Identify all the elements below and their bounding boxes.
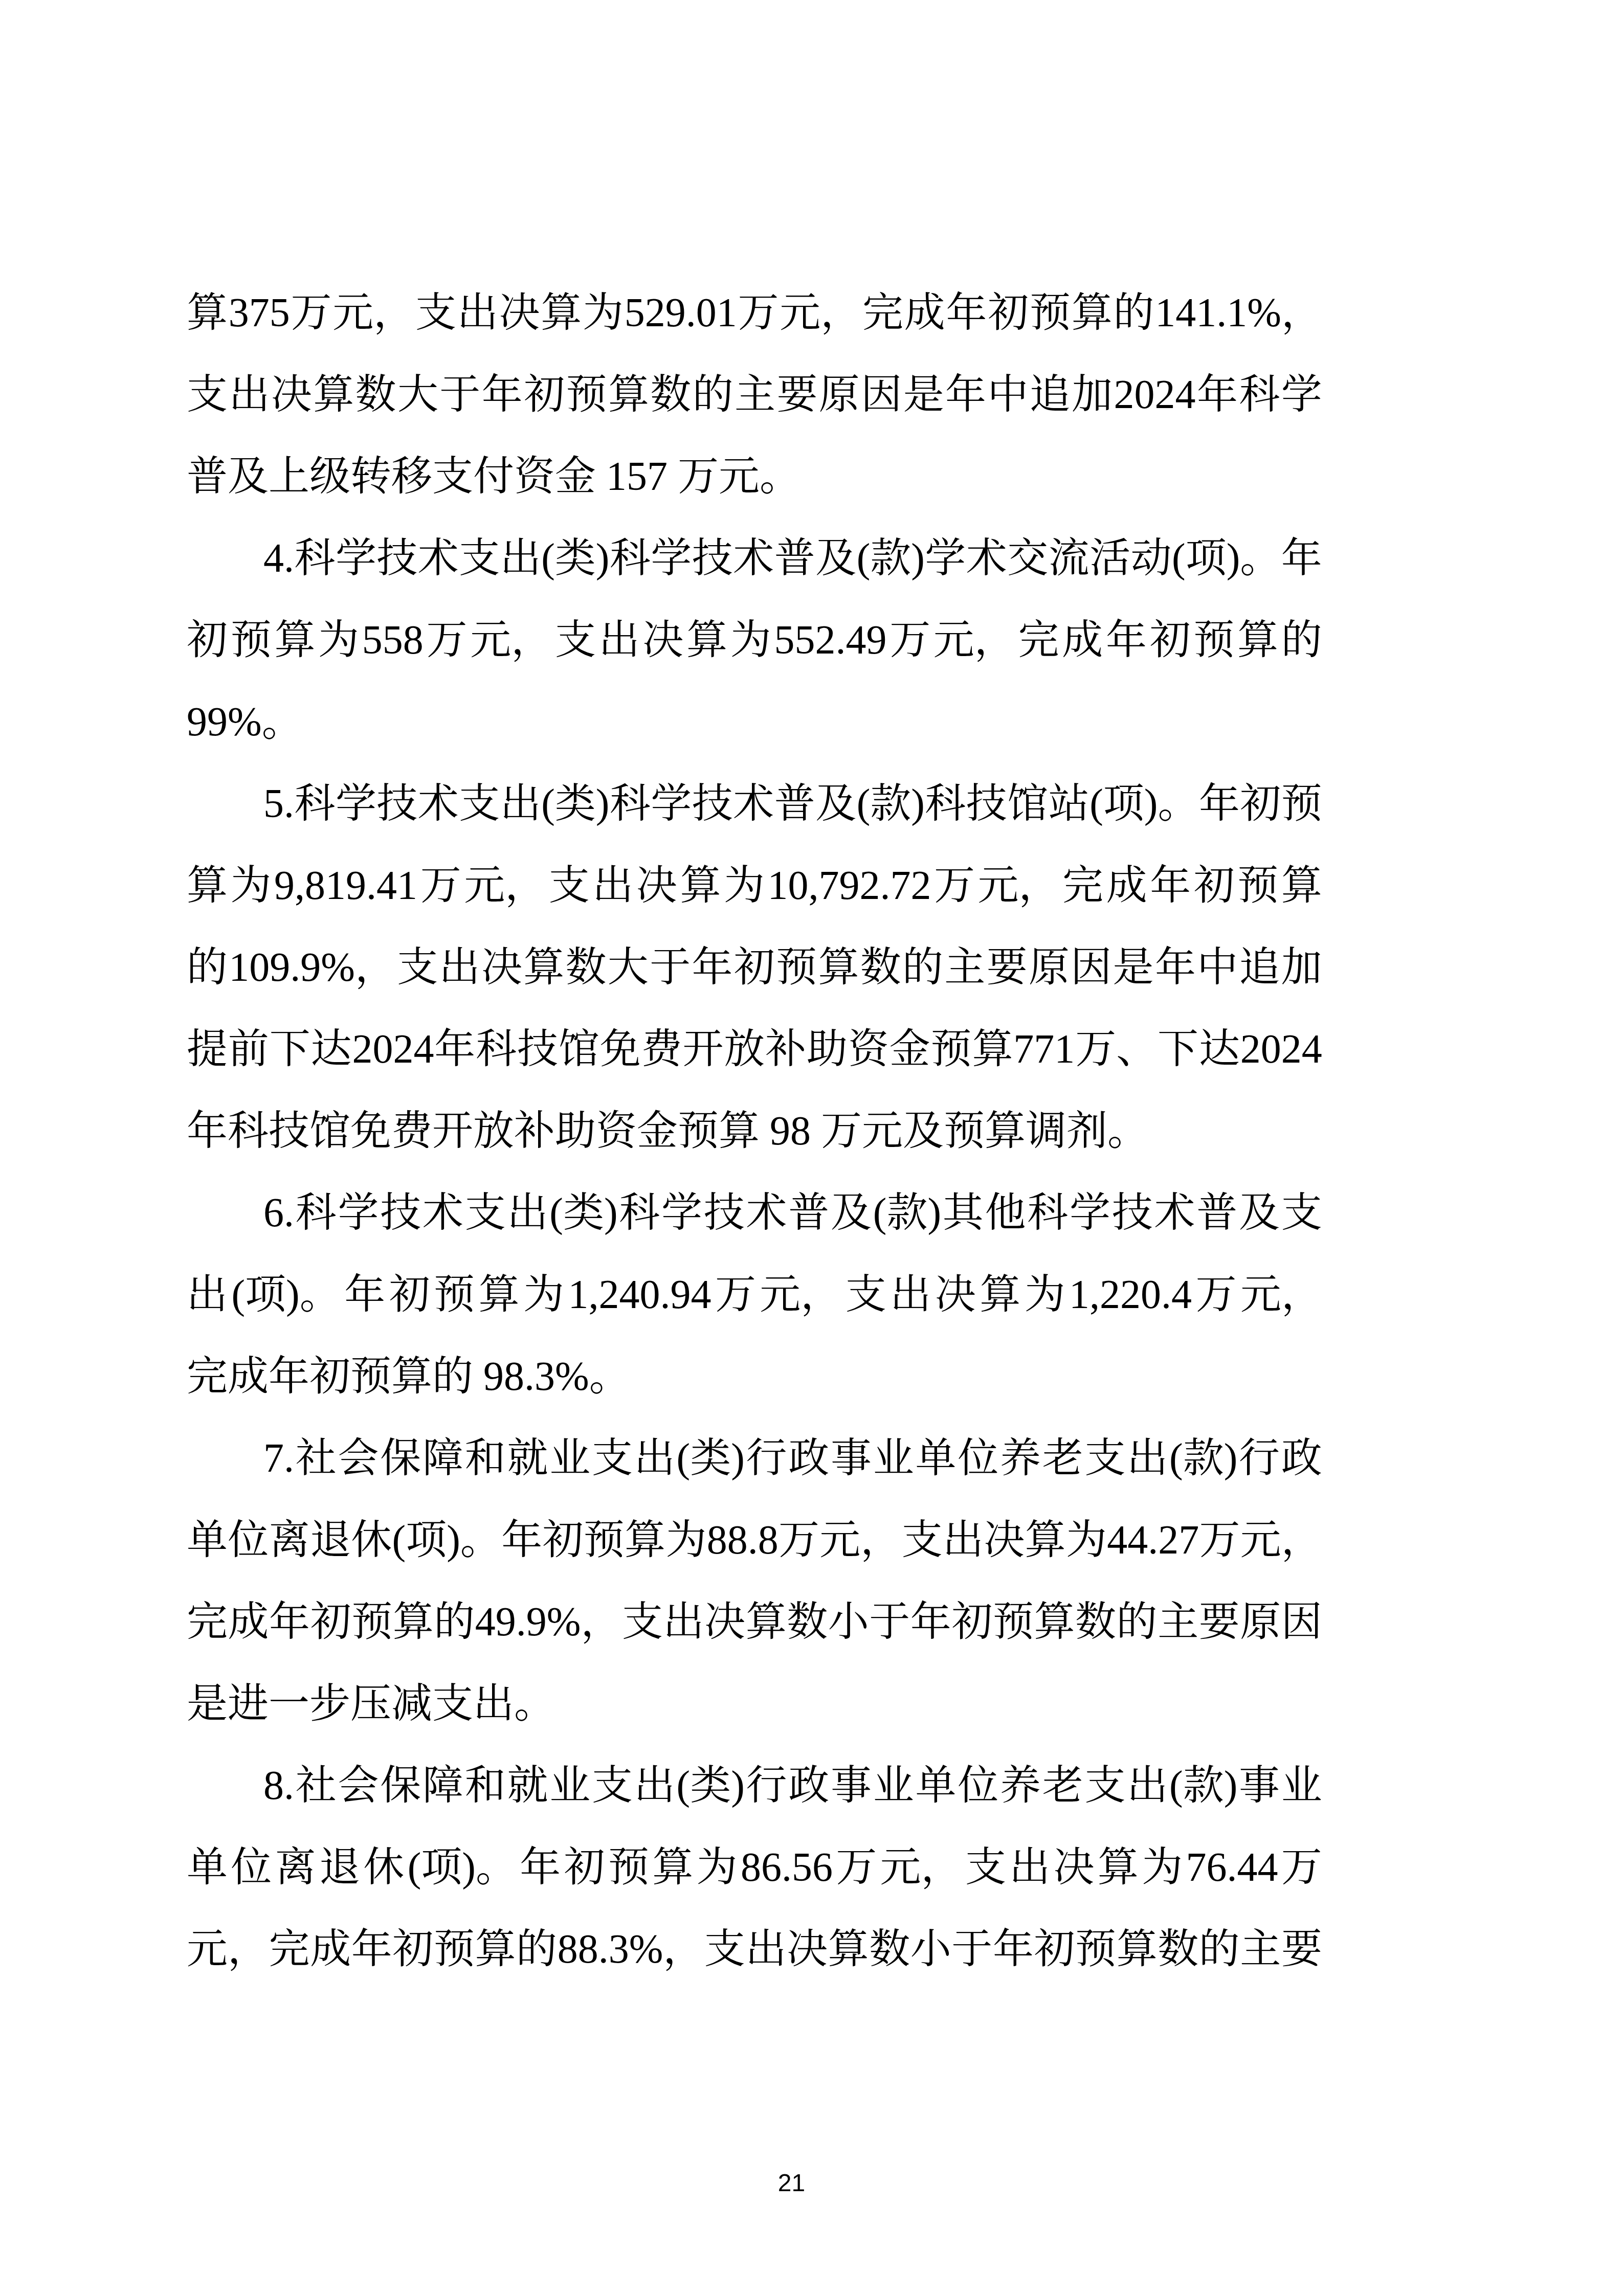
text-line: 6.科学技术支出(类)科学技术普及(款)其他科学技术普及支 — [187, 1172, 1322, 1254]
text-line: 初预算为558万元，支出决算为552.49万元，完成年初预算的 — [187, 599, 1322, 681]
text-line: 支出决算数大于年初预算数的主要原因是年中追加2024年科学 — [187, 354, 1322, 436]
text-line: 出(项)。年初预算为1,240.94万元，支出决算为1,220.4万元， — [187, 1254, 1322, 1336]
text-line: 元，完成年初预算的88.3%，支出决算数小于年初预算数的主要 — [187, 1908, 1322, 1990]
page-number: 21 — [0, 2169, 1583, 2198]
text-line: 5.科学技术支出(类)科学技术普及(款)科技馆站(项)。年初预 — [187, 763, 1322, 845]
text-line: 8.社会保障和就业支出(类)行政事业单位养老支出(款)事业 — [187, 1745, 1322, 1827]
text-line: 完成年初预算的49.9%，支出决算数小于年初预算数的主要原因 — [187, 1581, 1322, 1663]
text-line: 7.社会保障和就业支出(类)行政事业单位养老支出(款)行政 — [187, 1417, 1322, 1499]
text-line: 4.科学技术支出(类)科学技术普及(款)学术交流活动(项)。年 — [187, 517, 1322, 599]
text-line: 算375万元，支出决算为529.01万元，完成年初预算的141.1%， — [187, 272, 1322, 354]
text-line: 提前下达2024年科技馆免费开放补助资金预算771万、下达2024 — [187, 1008, 1322, 1090]
text-line: 普及上级转移支付资金 157 万元。 — [187, 436, 1322, 517]
text-line: 是进一步压减支出。 — [187, 1663, 1322, 1745]
text-line: 年科技馆免费开放补助资金预算 98 万元及预算调剂。 — [187, 1090, 1322, 1172]
text-line: 算为9,819.41万元，支出决算为10,792.72万元，完成年初预算 — [187, 845, 1322, 927]
text-line: 的109.9%，支出决算数大于年初预算数的主要原因是年中追加 — [187, 927, 1322, 1008]
text-line: 99%。 — [187, 681, 1322, 763]
text-line: 单位离退休(项)。年初预算为86.56万元，支出决算为76.44万 — [187, 1827, 1322, 1908]
text-line: 单位离退休(项)。年初预算为88.8万元，支出决算为44.27万元， — [187, 1499, 1322, 1581]
text-line: 完成年初预算的 98.3%。 — [187, 1336, 1322, 1417]
body-text: 算375万元，支出决算为529.01万元，完成年初预算的141.1%，支出决算数… — [187, 272, 1322, 1990]
document-page: 算375万元，支出决算为529.01万元，完成年初预算的141.1%，支出决算数… — [0, 0, 1624, 2296]
